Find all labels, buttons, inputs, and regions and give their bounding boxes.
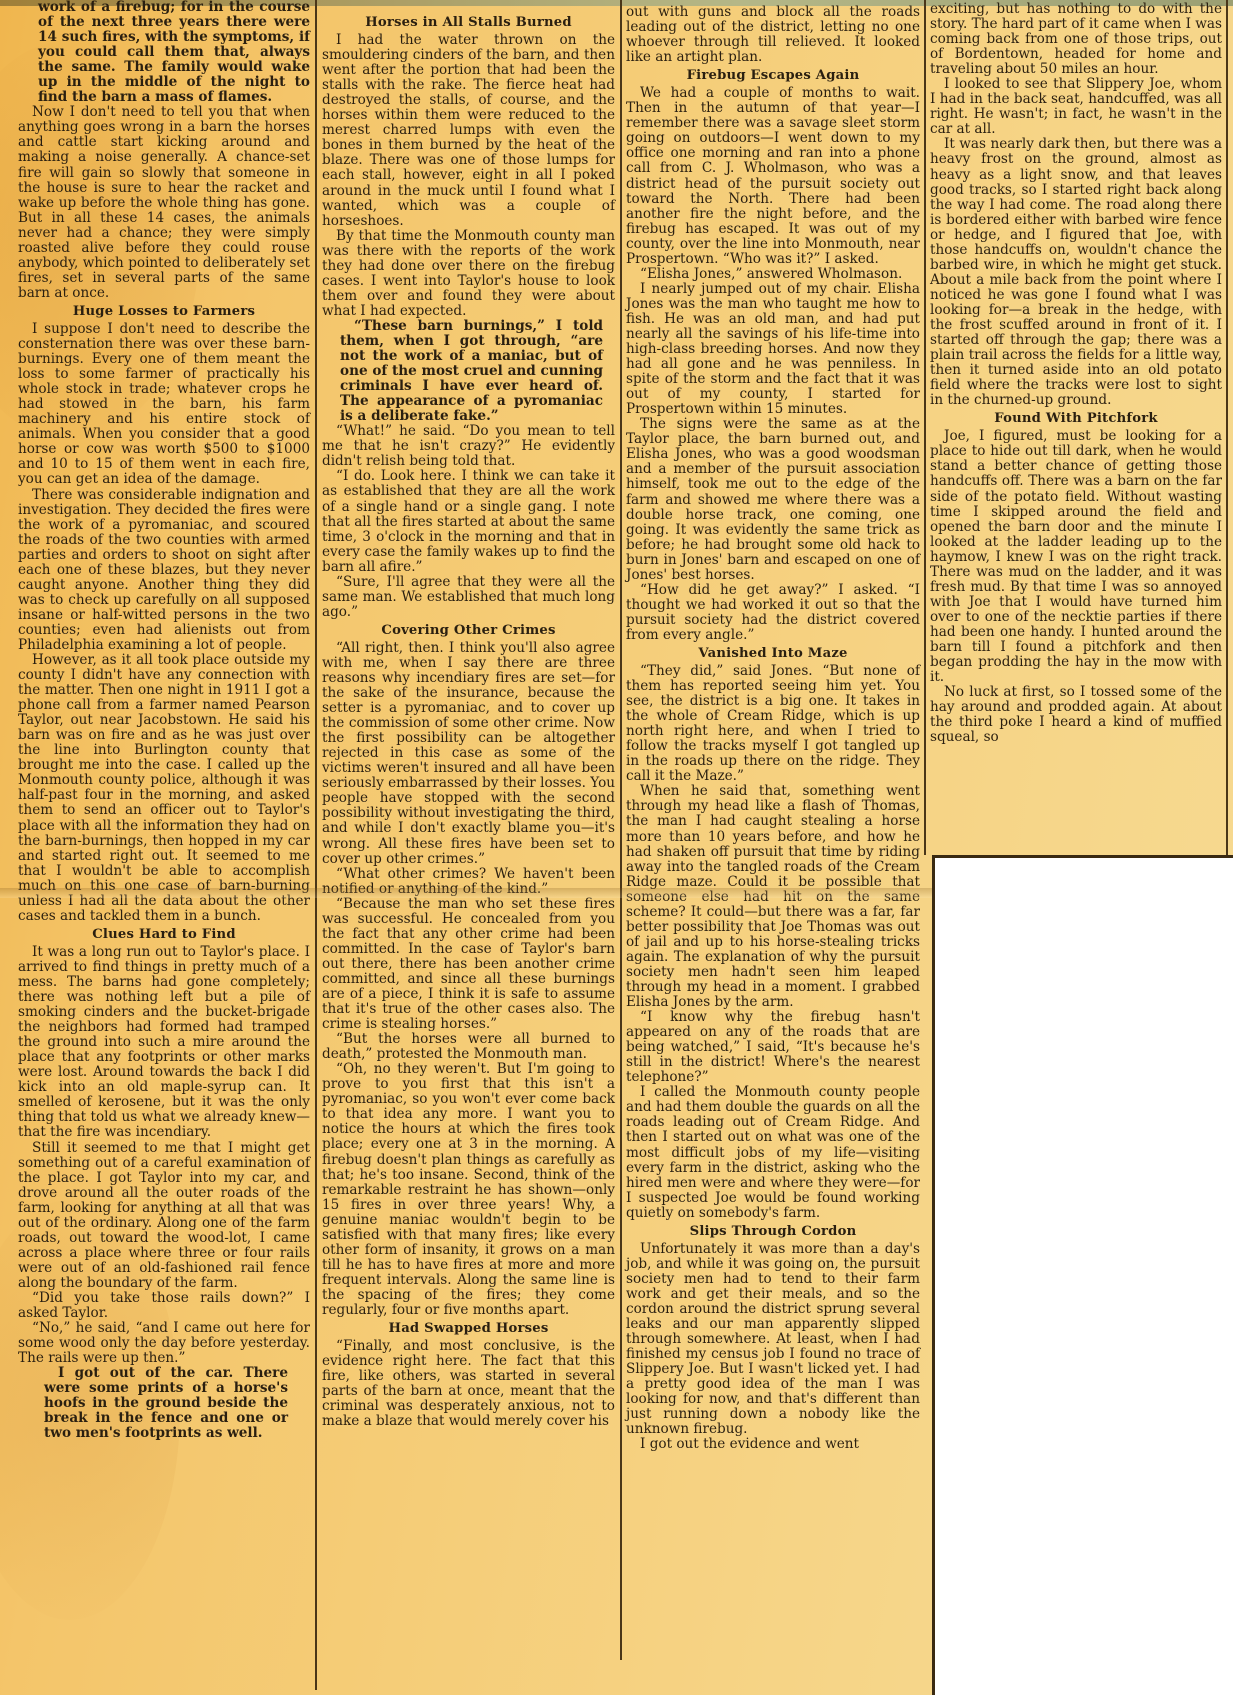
column-2: Horses in All Stalls BurnedI had the wat…: [322, 12, 615, 1429]
paragraph: “No,” he said, “and I came out here for …: [18, 1321, 310, 1366]
paragraph: However, as it all took place outside my…: [18, 653, 310, 924]
paragraph: I got out of the car. There were some pr…: [18, 1366, 310, 1441]
paragraph: Unfortunately it was more than a day's j…: [626, 1242, 920, 1438]
paragraph: “Finally, and most conclusive, is the ev…: [322, 1339, 615, 1429]
paragraph: “These barn burnings,” I told them, when…: [322, 319, 615, 424]
section-heading: Vanished Into Maze: [626, 646, 920, 661]
paragraph: “Sure, I'll agree that they were all the…: [322, 575, 615, 620]
paragraph: I got out the evidence and went: [626, 1437, 920, 1452]
paragraph: work of a firebug; for in the course of …: [18, 0, 310, 105]
paragraph: We had a couple of months to wait. Then …: [626, 86, 920, 267]
paragraph: I looked to see that Slippery Joe, whom …: [930, 77, 1222, 137]
section-heading: Huge Losses to Farmers: [18, 304, 310, 319]
paragraph: “I know why the firebug hasn't appeared …: [626, 1010, 920, 1085]
paragraph: I suppose I don't need to describe the c…: [18, 322, 310, 488]
paragraph: I called the Monmouth county people and …: [626, 1085, 920, 1220]
paragraph: It was a long run out to Taylor's place.…: [18, 945, 310, 1141]
column-rule: [315, 0, 317, 1690]
section-heading: Found With Pitchfork: [930, 411, 1222, 426]
column-rule: [924, 0, 926, 855]
blank-missing-corner: [932, 855, 1233, 1695]
paragraph: I had the water thrown on the smoulderin…: [322, 33, 615, 229]
paragraph: There was considerable indignation and i…: [18, 488, 310, 654]
paragraph: “I do. Look here. I think we can take it…: [322, 469, 615, 574]
paragraph: “How did he get away?” I asked. “I thoug…: [626, 583, 920, 643]
section-heading: Covering Other Crimes: [322, 623, 615, 638]
paragraph: “What!” he said. “Do you mean to tell me…: [322, 424, 615, 469]
paragraph: “They did,” said Jones. “But none of the…: [626, 664, 920, 784]
paragraph: Now I don't need to tell you that when a…: [18, 105, 310, 301]
column-4: exciting, but has nothing to do with the…: [930, 2, 1222, 745]
paragraph: No luck at first, so I tossed some of th…: [930, 685, 1222, 745]
paragraph: “Elisha Jones,” answered Wholmason.: [626, 267, 920, 282]
paragraph: “Did you take those rails down?” I asked…: [18, 1291, 310, 1321]
paragraph: I nearly jumped out of my chair. Elisha …: [626, 282, 920, 417]
paragraph: Still it seemed to me that I might get s…: [18, 1141, 310, 1291]
section-heading: Clues Hard to Find: [18, 927, 310, 942]
section-heading: Firebug Escapes Again: [626, 68, 920, 83]
fold-crease: [0, 888, 932, 898]
paragraph: “Because the man who set these fires was…: [322, 897, 615, 1032]
paragraph: The signs were the same as at the Taylor…: [626, 417, 920, 583]
section-heading: Slips Through Cordon: [626, 1224, 920, 1239]
paragraph: “But the horses were all burned to death…: [322, 1032, 615, 1062]
column-rule: [620, 0, 622, 1660]
column-1: work of a firebug; for in the course of …: [18, 0, 310, 1441]
column-3: out with guns and block all the roads le…: [626, 5, 920, 1452]
paragraph: exciting, but has nothing to do with the…: [930, 2, 1222, 77]
paragraph: It was nearly dark then, but there was a…: [930, 137, 1222, 408]
section-heading: Horses in All Stalls Burned: [322, 15, 615, 30]
paragraph: By that time the Monmouth county man was…: [322, 229, 615, 319]
paragraph: “All right, then. I think you'll also ag…: [322, 641, 615, 867]
paragraph: out with guns and block all the roads le…: [626, 5, 920, 65]
paragraph: “Oh, no they weren't. But I'm going to p…: [322, 1062, 615, 1318]
paragraph: Joe, I figured, must be looking for a pl…: [930, 429, 1222, 685]
column-rule: [1226, 0, 1228, 855]
section-heading: Had Swapped Horses: [322, 1321, 615, 1336]
